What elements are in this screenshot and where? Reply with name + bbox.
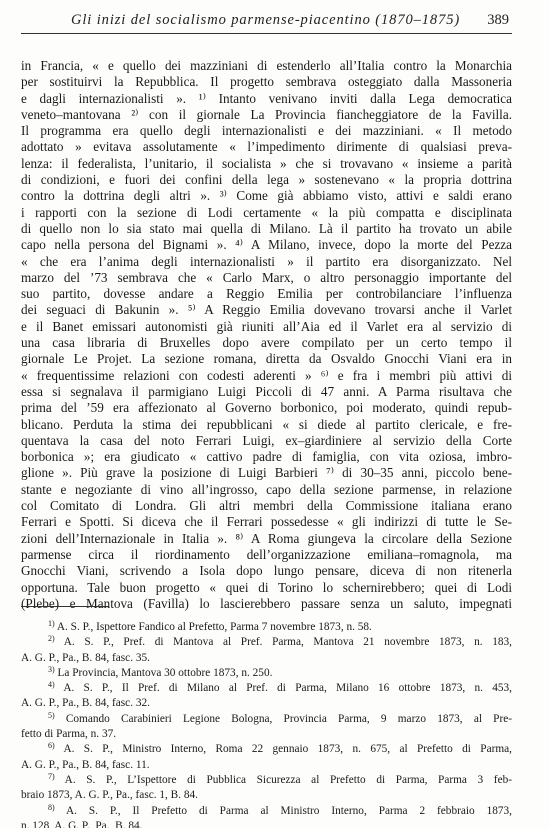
text-line: per sostituirvi la Repubblica. Il proget… bbox=[21, 74, 512, 90]
text-line: i rapporti con la sezione di Lodi certam… bbox=[21, 205, 512, 221]
footnote-line: braio 1873, A. G. P., Pa., fasc. 1, B. 8… bbox=[21, 788, 512, 803]
footnote-line: 5) Comando Carabinieri Legione Bologna, … bbox=[21, 712, 512, 727]
footnote-line: n. 128, A. G. P., Pa., B. 84. bbox=[21, 819, 512, 828]
text-line: zioni dell’Internazionale in Italia ». ⁸… bbox=[21, 531, 512, 547]
text-line: opportuna. Tale buon progetto « quei di … bbox=[21, 580, 512, 596]
footnote-text: Comando Carabinieri Legione Bologna, Pro… bbox=[66, 713, 512, 725]
text-line: adottato » evitava assolutamente « l’imp… bbox=[21, 139, 512, 155]
text-line: contro la dottrina degli altri ». ³⁾ Com… bbox=[21, 188, 512, 204]
text-line: e dagli internazionalisti ». ¹⁾ Intanto … bbox=[21, 91, 512, 107]
footnote-line: 1) A. S. P., Ispettore Fandico al Prefet… bbox=[21, 620, 512, 635]
footnote-line: 2) A. S. P., Pref. di Mantova al Pref. P… bbox=[21, 635, 512, 650]
text-line: e il Banet emissari autonomisti già riun… bbox=[21, 319, 512, 335]
footnote-number: 8) bbox=[48, 803, 55, 812]
footnote-text: A. G. P., Pa., B. 84, fasc. 32. bbox=[21, 697, 150, 709]
footnote-line: A. G. P., Pa., B. 84, fasc. 32. bbox=[21, 696, 512, 711]
text-line: glione ». Più grave la posizione di Luig… bbox=[21, 465, 512, 481]
footnote-text: A. G. P., Pa., B. 84, fasc. 35. bbox=[21, 652, 150, 664]
body-text: in Francia, « e quello dei mazziniani di… bbox=[21, 58, 512, 612]
footnote-text: A. S. P., Il Pref. di Milano al Pref. di… bbox=[63, 682, 512, 694]
text-line: « frequentissime relazioni con codesti a… bbox=[21, 368, 512, 384]
text-line: di condizioni, e fuori dei confini della… bbox=[21, 172, 512, 188]
footnote-number: 1) bbox=[48, 619, 55, 628]
footnote-text: A. S. P., Pref. di Mantova al Pref. Parm… bbox=[64, 636, 512, 648]
footnote-text: fetto di Parma, n. 37. bbox=[21, 728, 116, 740]
footnote-line: 7) A. S. P., L’Ispettore di Pubblica Sic… bbox=[21, 773, 512, 788]
footnote-number: 3) bbox=[48, 665, 55, 674]
text-line: borbonica »; era giudicato « cattivo pad… bbox=[21, 449, 512, 465]
text-line: Gnocchi Viani, scrivendo a Isola dopo lu… bbox=[21, 563, 512, 579]
footnote-text: braio 1873, A. G. P., Pa., fasc. 1, B. 8… bbox=[21, 789, 198, 801]
text-line: dei seguaci di Bakunin ». ⁵⁾ A Reggio Em… bbox=[21, 302, 512, 318]
text-line: parmense circa il riordinamento dell’org… bbox=[21, 547, 512, 563]
text-line: col Comitato di Londra. Gli altri membri… bbox=[21, 498, 512, 514]
page-header: Gli inizi del socialismo parmense-piacen… bbox=[21, 10, 511, 32]
footnote-number: 7) bbox=[48, 772, 55, 781]
footnote-line: A. G. P., Pa., B. 84, fasc. 35. bbox=[21, 651, 512, 666]
footnotes: 1) A. S. P., Ispettore Fandico al Prefet… bbox=[21, 620, 512, 828]
running-title: Gli inizi del socialismo parmense-piacen… bbox=[71, 12, 460, 29]
footnote-line: 8) A. S. P., Il Prefetto di Parma al Min… bbox=[21, 804, 512, 819]
footnote-number: 2) bbox=[48, 634, 55, 643]
text-line: di quello non lo sia stato mai quella di… bbox=[21, 221, 512, 237]
page-number: 389 bbox=[487, 12, 509, 29]
footnote-number: 4) bbox=[48, 680, 55, 689]
book-page: Gli inizi del socialismo parmense-piacen… bbox=[0, 0, 550, 828]
text-line: (Plebe) e Mantova (Favilla) lo lasciereb… bbox=[21, 596, 512, 612]
text-line: una casa libraria di Bruxelles dopo aver… bbox=[21, 335, 512, 351]
footnote-separator bbox=[21, 606, 109, 607]
text-line: essa si segnalava il parmigiano Luigi Pi… bbox=[21, 384, 512, 400]
header-rule bbox=[21, 33, 512, 34]
text-line: prima del ’59 era affezionato al Governo… bbox=[21, 400, 512, 416]
footnote-line: fetto di Parma, n. 37. bbox=[21, 727, 512, 742]
footnote-text: La Provincia, Mantova 30 ottobre 1873, n… bbox=[58, 667, 273, 679]
text-line: capo nella persona del Bignami ». ⁴⁾ A M… bbox=[21, 237, 512, 253]
text-line: Ferrari e Spotti. Si diceva che il Ferra… bbox=[21, 514, 512, 530]
text-line: suo partito, dovesse andare a Reggio Emi… bbox=[21, 286, 512, 302]
footnote-text: n. 128, A. G. P., Pa., B. 84. bbox=[21, 820, 142, 828]
text-line: giornale Le Projet. La sezione romana, d… bbox=[21, 351, 512, 367]
footnote-text: A. S. P., Ministro Interno, Roma 22 genn… bbox=[63, 743, 512, 755]
text-line: stante e negoziante di vino all’ingrosso… bbox=[21, 482, 512, 498]
text-line: marzo del ’73 sembrava che « Carlo Marx,… bbox=[21, 270, 512, 286]
footnote-number: 6) bbox=[48, 741, 55, 750]
footnote-line: A. G. P., Pa., B. 84, fasc. 11. bbox=[21, 758, 512, 773]
footnote-number: 5) bbox=[48, 711, 55, 720]
text-line: « che era l’anima degli internazionalist… bbox=[21, 254, 512, 270]
text-line: in Francia, « e quello dei mazziniani di… bbox=[21, 58, 512, 74]
text-line: veneto–mantovana ²⁾ con il giornale La P… bbox=[21, 107, 512, 123]
footnote-text: A. S. P., L’Ispettore di Pubblica Sicure… bbox=[65, 774, 512, 786]
footnote-line: 6) A. S. P., Ministro Interno, Roma 22 g… bbox=[21, 742, 512, 757]
footnote-text: A. G. P., Pa., B. 84, fasc. 11. bbox=[21, 759, 150, 771]
text-line: blicano. Perduta la stima dei repubblica… bbox=[21, 417, 512, 433]
footnote-line: 3) La Provincia, Mantova 30 ottobre 1873… bbox=[21, 666, 512, 681]
text-line: Il programma era quello degli internazio… bbox=[21, 123, 512, 139]
footnote-text: A. S. P., Il Prefetto di Parma al Minist… bbox=[66, 805, 512, 817]
text-line: lenza: il federalista, l’unitario, il so… bbox=[21, 156, 512, 172]
footnote-text: A. S. P., Ispettore Fandico al Prefetto,… bbox=[57, 621, 372, 633]
text-line: quentava la casa del noto Ferrari Luigi,… bbox=[21, 433, 512, 449]
footnote-line: 4) A. S. P., Il Pref. di Milano al Pref.… bbox=[21, 681, 512, 696]
